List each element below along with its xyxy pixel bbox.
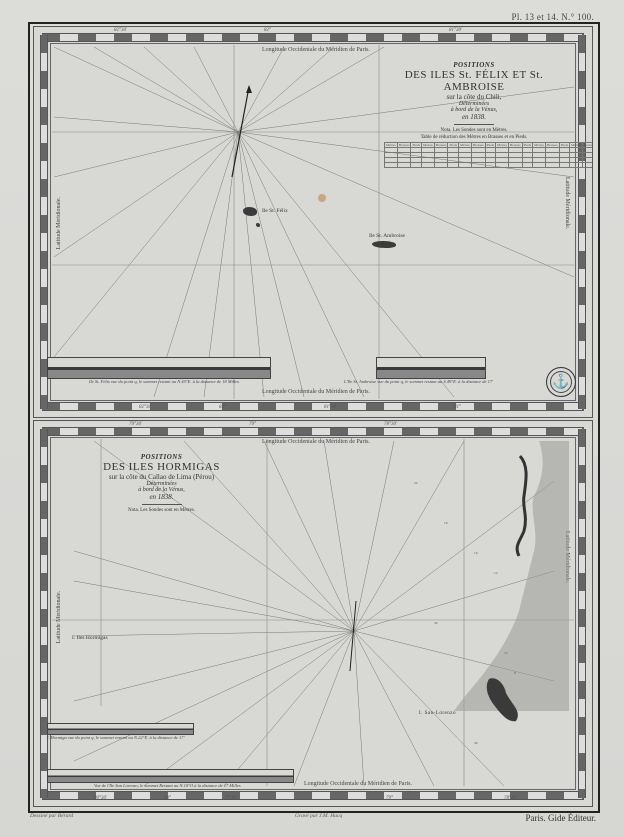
positions-label: POSITIONS [74, 453, 249, 461]
conversion-table: MètresBrassesPieds MètresBrassesPieds Mè… [384, 142, 593, 168]
drawn-by-credit: Dessiné par Bérard [30, 813, 73, 819]
map-title: DES ILES St. FÉLIX ET St. AMBROISE [384, 69, 564, 93]
sounding: 22 [414, 481, 418, 485]
table-header: Pieds [485, 143, 496, 148]
conversion-table-title: Table de réduction des Mètres en Brasses… [384, 135, 564, 140]
sounding: 9 [514, 671, 516, 675]
sounding: 16 [474, 551, 478, 555]
table-header: Mètres [570, 143, 583, 148]
table-header: Pieds [448, 143, 459, 148]
sounding: 30 [434, 621, 438, 625]
foxing-stain [318, 194, 326, 202]
engraved-by-credit: Gravé par J.M. Hacq [295, 813, 342, 819]
plate-reference: Pl. 13 et 14. N.° 100. [512, 12, 594, 22]
table-header: Pieds [411, 143, 422, 148]
map-panel-st-felix: 82°30' 82° 81°30' Longitude Occidentale … [33, 26, 593, 418]
positions-label: POSITIONS [384, 61, 564, 69]
islet-st-felix [256, 223, 260, 227]
sounding: 14 [494, 571, 498, 575]
coastal-profile-hormiga [47, 723, 194, 735]
map-subtitle: sur la côte du Chili, [384, 93, 564, 101]
island-label: Ile St. Ambroise [369, 233, 405, 239]
profile-caption: Ile St. Félix vue du point q, le sommet … [89, 379, 239, 384]
table-header: Mètres [385, 143, 398, 148]
island-st-ambroise [372, 241, 396, 248]
place-label-san-lorenzo: I. San-Lorenzo [419, 711, 456, 716]
table-header: Brasses [508, 143, 522, 148]
table-header: Mètres [496, 143, 509, 148]
profile-caption: L'Hormiga vue du point q, le sommet rest… [47, 735, 184, 740]
year-label: en 1838. [74, 493, 249, 501]
table-header: Pieds [559, 143, 570, 148]
sounding: 12 [504, 651, 508, 655]
table-header: Brasses [545, 143, 559, 148]
coastal-profile-st-felix [47, 357, 271, 379]
publisher-credit: Paris. Gide Éditeur. [526, 813, 597, 823]
table-header: Mètres [422, 143, 435, 148]
map-subtitle: sur la côte du Callao de Lima (Pérou) [74, 473, 249, 481]
divider [142, 504, 182, 505]
table-header: Brasses [397, 143, 411, 148]
table-header: Mètres [533, 143, 546, 148]
soundings-note: Nota. Les Sondes sont en Mètres. [384, 128, 564, 133]
table-header: Mètres [459, 143, 472, 148]
year-label: en 1838. [384, 113, 564, 121]
island-label: Ile St. Félix [262, 208, 288, 214]
title-cartouche: POSITIONS DES ILES HORMIGAS sur la côte … [74, 453, 249, 513]
map-title: DES ILES HORMIGAS [74, 461, 249, 473]
place-label-hormigas: I. Iles Hormigas [72, 635, 108, 641]
table-header: Pieds [522, 143, 533, 148]
coastal-profile-san-lorenzo [47, 769, 294, 783]
map-panel-hormigas: 79°30' 79° 78°30' Longitude Occidentale … [33, 420, 593, 807]
title-cartouche: POSITIONS DES ILES St. FÉLIX ET St. AMBR… [384, 61, 564, 168]
profile-caption: L'Ile St. Ambroise vue du point q, le so… [344, 379, 493, 384]
sounding: 40 [474, 741, 478, 745]
anchor-emblem-icon: ⚓ [546, 367, 576, 397]
profile-caption: Vue de l'Ile San Lorenzo, le sommet Rest… [94, 783, 241, 788]
coastal-profile-st-ambroise [376, 357, 486, 379]
island-st-felix [243, 207, 257, 216]
soundings-note: Nota. Les Sondes sont en Mètres. [74, 508, 249, 513]
table-header: Brasses [434, 143, 448, 148]
divider [454, 124, 494, 125]
sounding: 18 [444, 521, 448, 525]
table-header: Brasses [582, 143, 593, 148]
table-header: Brasses [471, 143, 485, 148]
